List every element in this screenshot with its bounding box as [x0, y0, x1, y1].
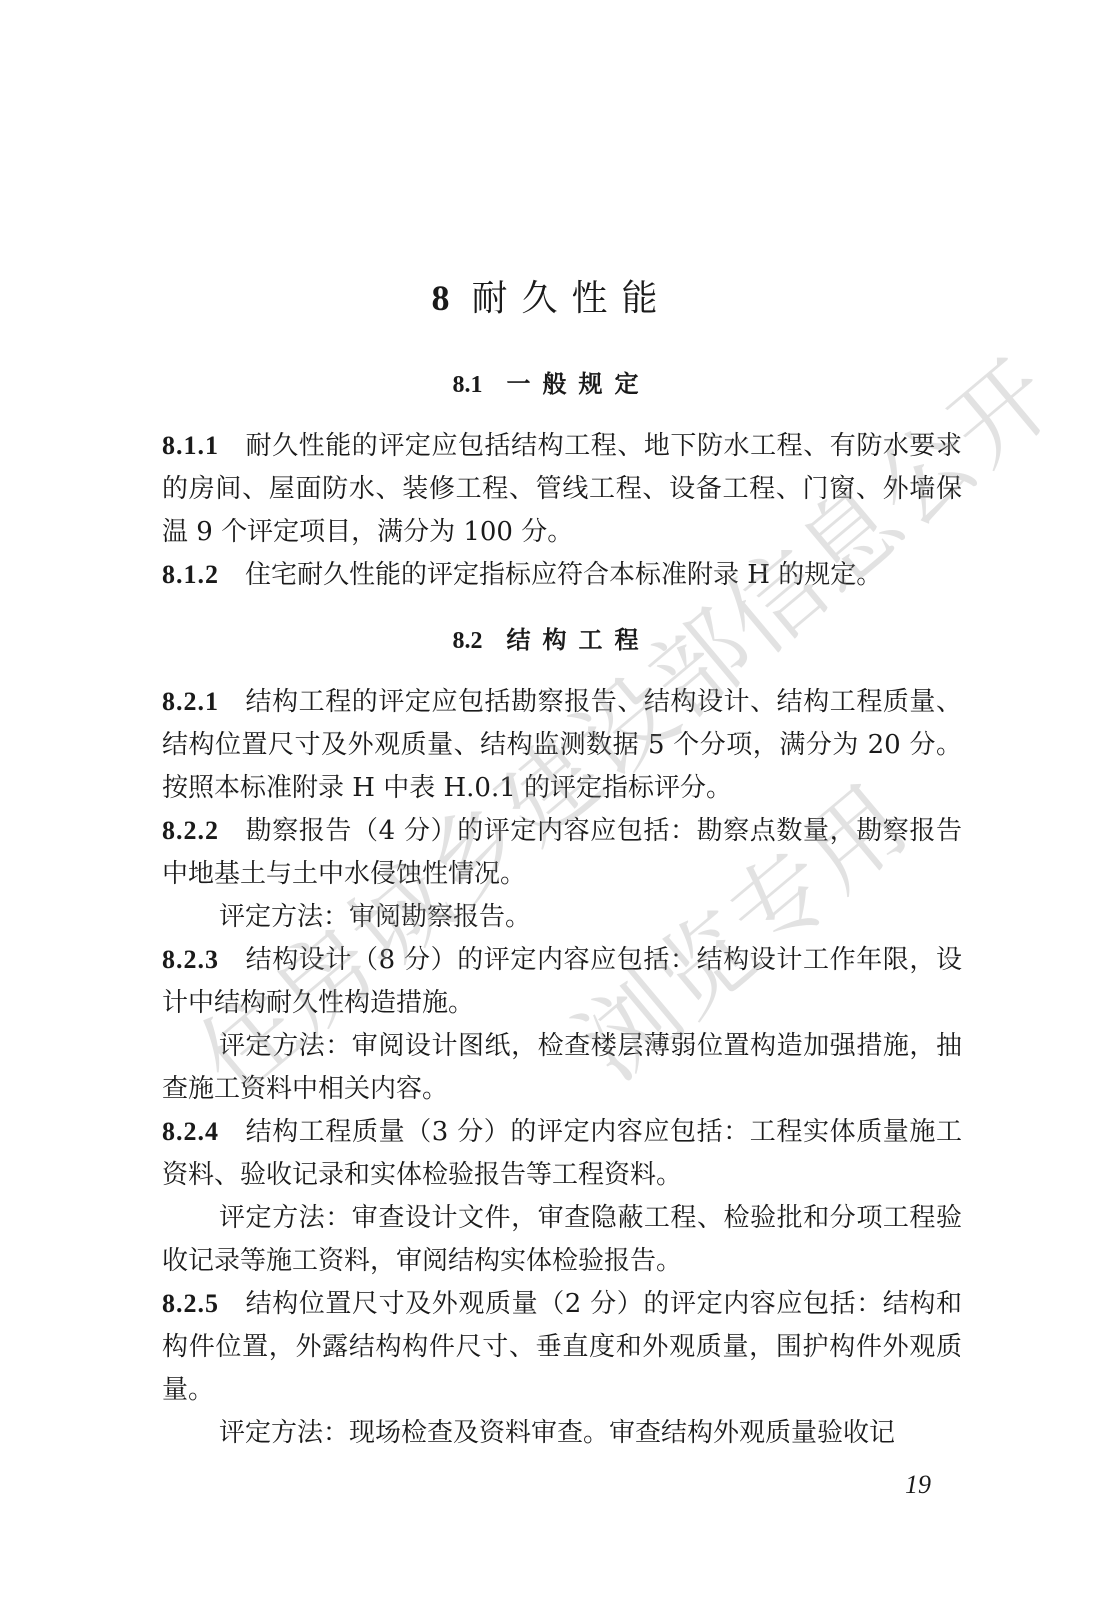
clause-text: 结构工程质量（3 分）的评定内容应包括：工程实体质量施工资料、验收记录和实体检验… [162, 1117, 962, 1190]
clause-text: 结构位置尺寸及外观质量（2 分）的评定内容应包括：结构和构件位置，外露结构构件尺… [162, 1289, 962, 1405]
clause-number: 8.2.4 [162, 1117, 219, 1146]
clause-number: 8.2.1 [162, 687, 219, 716]
clause-8-2-5: 8.2.5结构位置尺寸及外观质量（2 分）的评定内容应包括：结构和构件位置，外露… [162, 1282, 962, 1455]
section-title-text: 结构工程 [507, 625, 651, 654]
clause-text: 耐久性能的评定应包括结构工程、地下防水工程、有防水要求的房间、屋面防水、装修工程… [162, 431, 962, 547]
section-number: 8.2 [453, 628, 483, 654]
section-number: 8.1 [453, 372, 483, 398]
clause-number: 8.2.5 [162, 1289, 219, 1318]
clause-8-2-1: 8.2.1结构工程的评定应包括勘察报告、结构设计、结构工程质量、结构位置尺寸及外… [162, 680, 962, 810]
clause-number: 8.1.1 [162, 431, 219, 460]
document-page: 8耐久性能 8.1一般规定 8.1.1耐久性能的评定应包括结构工程、地下防水工程… [0, 0, 1103, 1598]
evaluation-method: 评定方法：审查设计文件，审查隐蔽工程、检验批和分项工程验收记录等施工资料，审阅结… [162, 1197, 962, 1283]
evaluation-method: 评定方法：现场检查及资料审查。审查结构外观质量验收记 [162, 1412, 962, 1455]
clause-number: 8.1.2 [162, 560, 219, 589]
section-title-8-2: 8.2结构工程 [0, 620, 1103, 655]
section-title-text: 一般规定 [507, 369, 651, 398]
section-title-8-1: 8.1一般规定 [0, 364, 1103, 399]
clause-text: 住宅耐久性能的评定指标应符合本标准附录 H 的规定。 [245, 560, 882, 590]
clause-text: 结构设计（8 分）的评定内容应包括：结构设计工作年限，设计中结构耐久性构造措施。 [162, 945, 962, 1018]
chapter-title: 8耐久性能 [0, 270, 1103, 321]
chapter-title-text: 耐久性能 [471, 278, 671, 319]
chapter-number: 8 [431, 278, 449, 318]
evaluation-method: 评定方法：审阅设计图纸，检查楼层薄弱位置构造加强措施，抽查施工资料中相关内容。 [162, 1025, 962, 1111]
clause-text: 结构工程的评定应包括勘察报告、结构设计、结构工程质量、结构位置尺寸及外观质量、结… [162, 687, 962, 803]
clause-8-2-3: 8.2.3结构设计（8 分）的评定内容应包括：结构设计工作年限，设计中结构耐久性… [162, 938, 962, 1111]
clause-text: 勘察报告（4 分）的评定内容应包括：勘察点数量，勘察报告中地基土与土中水侵蚀性情… [162, 816, 962, 889]
clause-number: 8.2.3 [162, 945, 219, 974]
page-number: 19 [905, 1470, 931, 1500]
clause-8-1-1: 8.1.1耐久性能的评定应包括结构工程、地下防水工程、有防水要求的房间、屋面防水… [162, 424, 962, 554]
evaluation-method: 评定方法：审阅勘察报告。 [162, 896, 962, 939]
clause-8-1-2: 8.1.2住宅耐久性能的评定指标应符合本标准附录 H 的规定。 [162, 553, 962, 597]
clause-number: 8.2.2 [162, 816, 219, 845]
clause-8-2-4: 8.2.4结构工程质量（3 分）的评定内容应包括：工程实体质量施工资料、验收记录… [162, 1110, 962, 1283]
clause-8-2-2: 8.2.2勘察报告（4 分）的评定内容应包括：勘察点数量，勘察报告中地基土与土中… [162, 809, 962, 939]
